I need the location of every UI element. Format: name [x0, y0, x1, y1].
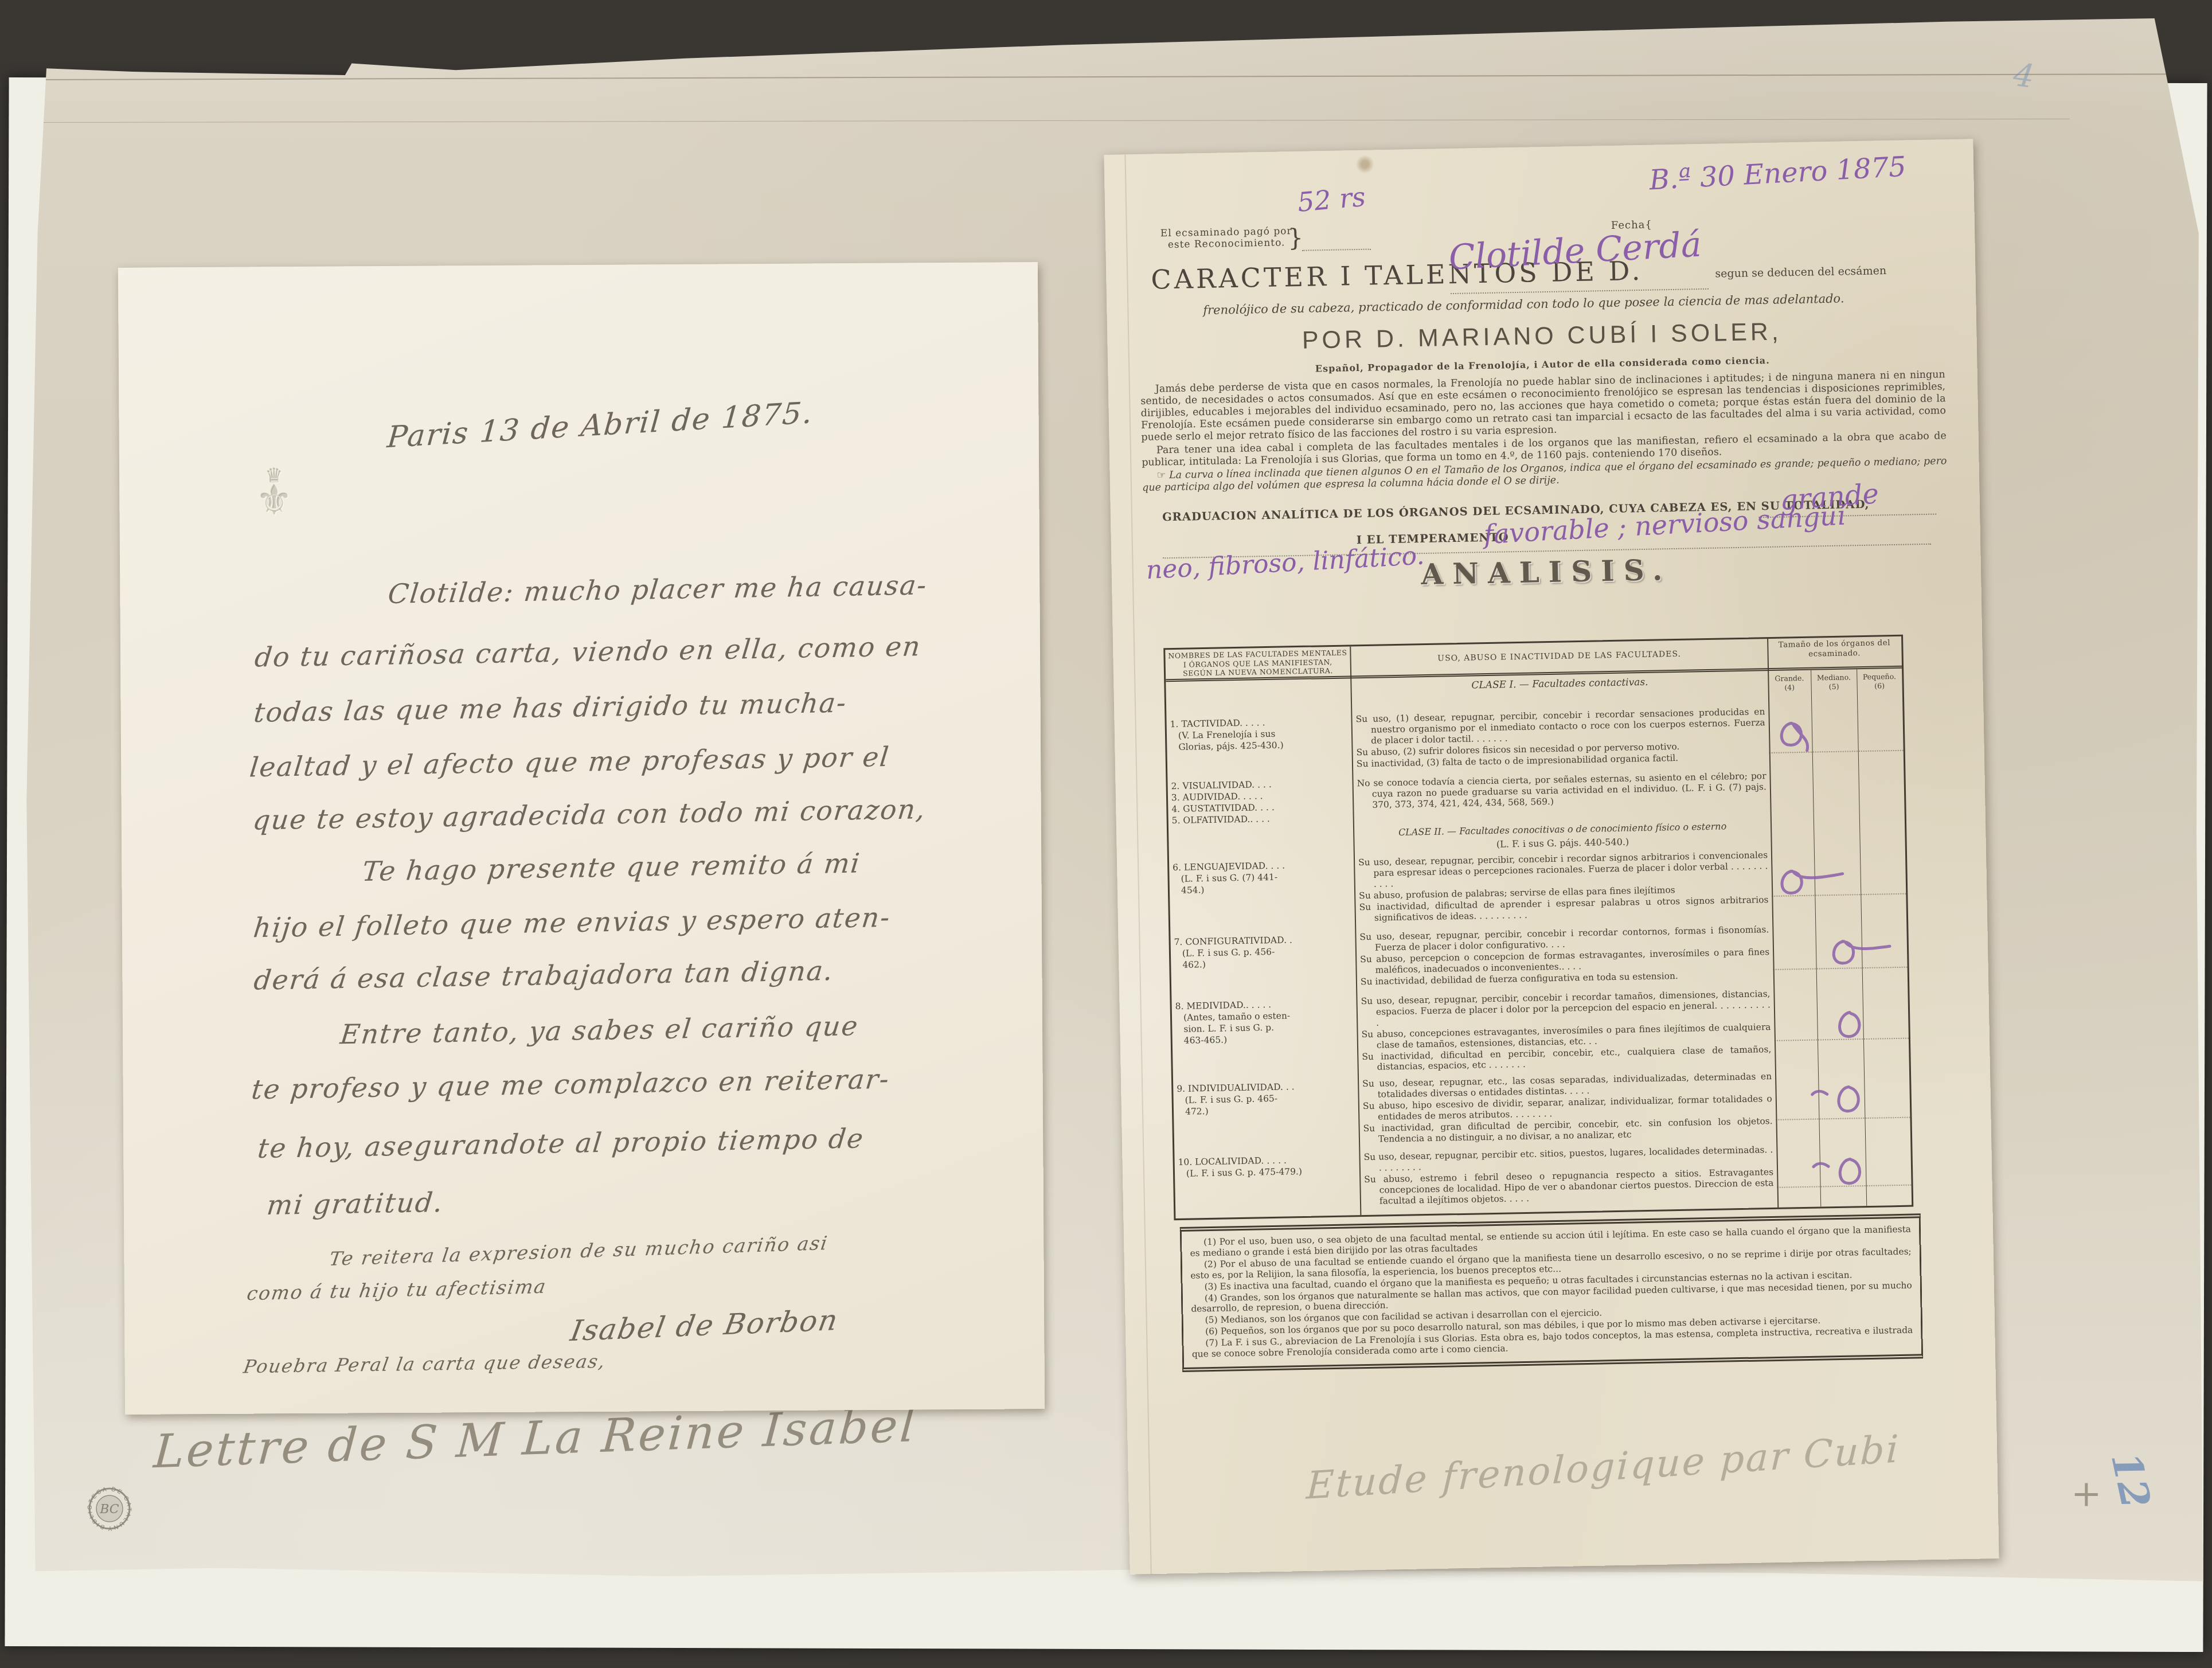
faculty-name: 8. MEDIVIDAD.. . . . . (Antes, tamaño o …: [1175, 997, 1353, 1046]
fleur-de-lis-icon: ⚜: [256, 484, 293, 517]
pointing-hand-icon: ☞: [1157, 470, 1166, 481]
col-header-names: NOMBRES DE LAS FACULTADES MENTALES I ÓRG…: [1167, 648, 1348, 678]
letter-line: todas las que me has dirigido tu mucha-: [252, 687, 849, 729]
size-col-num: (5): [1811, 682, 1857, 692]
faculty-description: Su uso, desear, repugnar, percibir, conc…: [1359, 924, 1770, 988]
letter-document: ♛ ⚜ Paris 13 de Abril de 1875. Clotilde:…: [118, 262, 1045, 1415]
table-row-individualividad: 9. INDIVIDUALIVIDAD. . . (L. F. i sus G.…: [1173, 1068, 1910, 1155]
size-col-mediano: Mediano. (5): [1811, 673, 1857, 692]
library-stamp-icon: BIBLIOTECA DE CATALUNYA BC: [87, 1486, 132, 1531]
blue-inventory-number: 12: [2102, 1448, 2160, 1513]
faculty-name: 6. LENGUAJEVIDAD. . . . (L. F. i sus G. …: [1173, 858, 1351, 896]
col-header-sizes: Tamaño de los órganos del ecsaminado.: [1768, 638, 1901, 660]
size-mark-mediano-configuratividad: [1822, 932, 1897, 974]
letter-line: que te estoy agradecida con todo mi cora…: [251, 794, 928, 836]
examinee-name: Clotilde Cerdá: [1448, 224, 1702, 278]
faculty-name: 2. VISUALIVIDAD. . . . 3. AUDIVIDAD. . .…: [1171, 777, 1349, 826]
paid-dotted-line: [1302, 249, 1371, 251]
form-subtitle: frenolójico de su cabeza, practicado de …: [1203, 291, 1879, 317]
nota-text: No se conoce todavía a ciencia cierta, p…: [1357, 771, 1767, 811]
clase1-title: CLASE I. — Facultades contactivas.: [1355, 674, 1764, 693]
title-suffix: segun se deducen del ecsámen: [1715, 264, 1886, 280]
form-date-annotation: B.ª 30 Enero 1875: [1648, 151, 1907, 197]
form-byline: POR D. MARIANO CUBÍ I SOLER,: [1107, 314, 1977, 358]
faculty-name-line: 454.): [1173, 882, 1351, 897]
faculty-description: Su uso, desear, repugnar, percibir etc. …: [1363, 1144, 1774, 1208]
faculty-name: 9. INDIVIDUALIVIDAD. . . (L. F. i sus G.…: [1177, 1080, 1355, 1118]
size-mark-mediano-individualividad: [1808, 1078, 1889, 1122]
faculty-description: Su uso, (1) desear, repugnar, percibir, …: [1355, 706, 1766, 770]
size-col-num: (6): [1857, 681, 1902, 692]
size-col-pequeno: Pequeño. (6): [1857, 672, 1902, 692]
letter-line: mi gratitud.: [265, 1187, 445, 1221]
size-col-label: Mediano.: [1811, 673, 1857, 683]
paid-note: El ecsaminado pagó por este Reconocimien…: [1160, 226, 1292, 251]
faculty-description: Su uso, desear, repugnar, percibir, conc…: [1358, 850, 1769, 924]
phrenology-form: B.ª 30 Enero 1875 El ecsaminado pagó por…: [1104, 139, 1999, 1574]
size-col-label: Pequeño.: [1857, 672, 1902, 682]
faculty-name: 10. LOCALIVIDAD. . . . . (L. F. i sus G.…: [1178, 1153, 1356, 1179]
mat-crease: [40, 119, 2070, 123]
form-caption-pencil: Etude frenologique par Cubi: [1306, 1427, 1901, 1508]
mat-crease: [40, 73, 2196, 80]
name-dotted-line: [1451, 288, 1709, 294]
faculty-name-line: 5. OLFATIVIDAD.. . . .: [1172, 812, 1350, 827]
letter-line: hijo el folleto que me envias y espero a…: [252, 902, 892, 944]
size-col-num: (4): [1768, 683, 1811, 693]
faculty-description: No se conoce todavía a ciencia cierta, p…: [1357, 771, 1767, 811]
faculty-name-line: 462.): [1174, 956, 1352, 971]
letter-line: Te hago presente que remito á mi: [361, 847, 862, 887]
size-mark-grande-tactividad: [1770, 714, 1839, 756]
letter-date: Paris 13 de Abril de 1875.: [386, 396, 815, 455]
faculty-name-line: 472.): [1177, 1103, 1355, 1118]
royal-crest-emboss-icon: ♛ ⚜: [256, 468, 293, 517]
plus-mark: +: [2071, 1472, 2102, 1515]
table-row-medividad: 8. MEDIVIDAD.. . . . . (Antes, tamaño o …: [1171, 985, 1909, 1081]
size-mark-mediano-localividad: [1810, 1150, 1891, 1194]
size-col-label: Grande.: [1768, 674, 1811, 684]
abuso-text: Su abuso, estremo i febril deseo o repug…: [1364, 1167, 1774, 1207]
letter-closing-line: como á tu hijo tu afectisima: [245, 1275, 548, 1304]
faculty-name-line: 463-465.): [1176, 1032, 1354, 1047]
letter-line: te hoy, asegurandote al propio tiempo de: [256, 1123, 866, 1165]
faculty-name: 1. TACTIVIDAD. . . . . (V. La Frenelojía…: [1170, 715, 1348, 753]
paid-note-line2: este Reconocimiento.: [1160, 237, 1292, 251]
letter-line: lealtad y el afecto que me profesas y po…: [248, 741, 892, 784]
analysis-table: NOMBRES DE LAS FACULTADES MENTALES I ÓRG…: [1163, 635, 1913, 1220]
letter-line: te profeso y que me complazco en reitera…: [250, 1064, 892, 1106]
faculty-name-line: (L. F. i sus G. p. 475-479.): [1178, 1165, 1356, 1179]
size-mark-mediano-medividad: [1827, 1005, 1885, 1046]
letter-line: do tu cariñosa carta, viendo en ella, co…: [253, 631, 923, 673]
letter-signature: Isabel de Borbon: [568, 1303, 841, 1347]
stamp-monogram: BC: [99, 1502, 119, 1517]
col-header-uso: USO, ABUSO E INACTIVIDAD DE LAS FACULTAD…: [1355, 648, 1764, 666]
faculty-description: Su uso, desear, repugnar, etc., las cosa…: [1362, 1071, 1773, 1146]
letter-closing-line: Te reitera la expresion de su mucho cari…: [328, 1232, 830, 1270]
archival-scan: Lettre de S M La Reine Isabel 4 + 12 BIB…: [0, 0, 2212, 1668]
table-row-localividad: 10. LOCALIVIDAD. . . . . (L. F. i sus G.…: [1174, 1141, 1912, 1216]
intro-paragraphs: Jamás debe perderse de vista que en caso…: [1140, 369, 1947, 495]
faculty-name-line: Glorias, pájs. 425-430.): [1170, 739, 1348, 753]
letter-line: Clotilde: mucho placer me ha causa-: [386, 569, 929, 610]
paid-amount: 52 rs: [1296, 181, 1367, 218]
letter-line: Entre tanto, ya sabes el cariño que: [339, 1010, 861, 1050]
faculty-description: Su uso, desear, repugnar, percibir, conc…: [1361, 989, 1771, 1073]
letter-postscript: Pouebra Peral la carta que deseas,: [242, 1350, 607, 1377]
footnotes-box: (1) Por el uso, buen uso, o sea objeto d…: [1180, 1213, 1923, 1372]
size-col-grande: Grande. (4): [1768, 674, 1811, 693]
corner-number: 4: [2011, 56, 2037, 96]
letter-line: derá á esa clase trabajadora tan digna.: [252, 955, 835, 997]
faculty-name: 7. CONFIGURATIVIDAD. . (L. F. i sus G. p…: [1174, 933, 1352, 971]
size-mark-grande-lenguajevidad: [1770, 862, 1851, 904]
paid-brace: }: [1288, 224, 1304, 252]
